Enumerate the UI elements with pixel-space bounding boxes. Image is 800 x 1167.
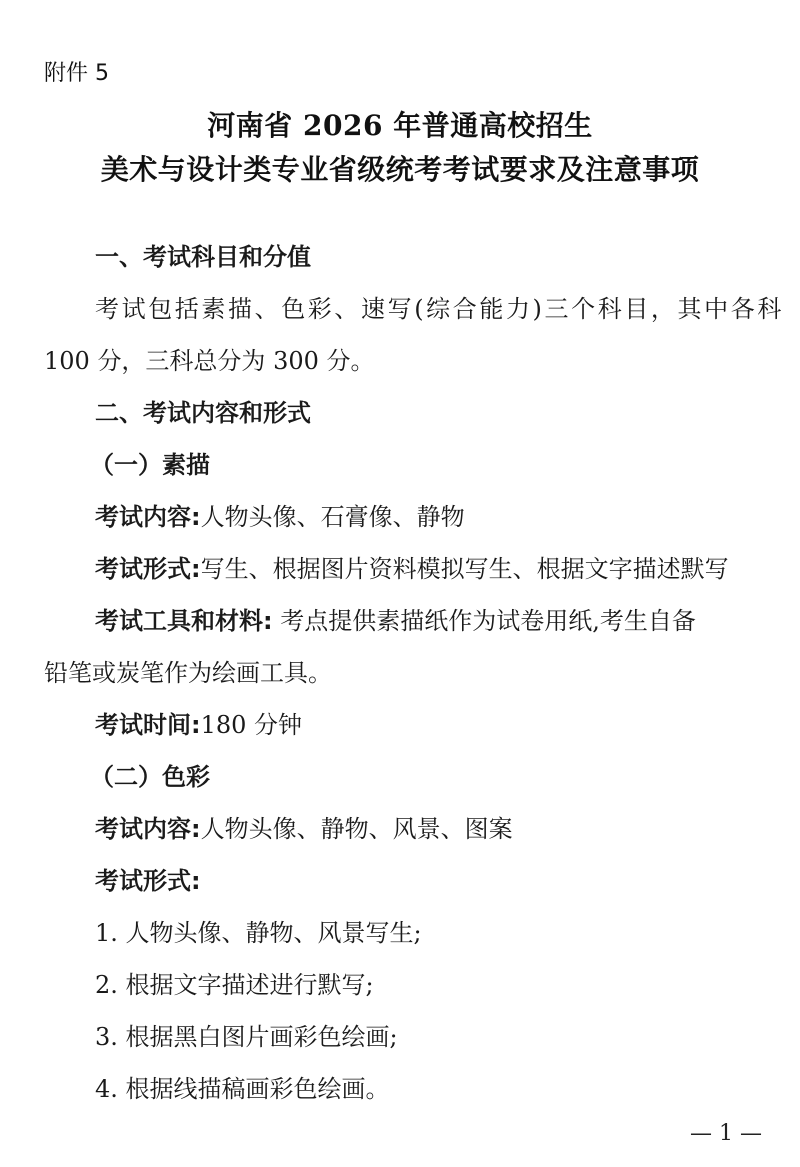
sketch-content-value: 人物头像、石膏像、静物 (201, 503, 465, 531)
color-content-value: 人物头像、静物、风景、图案 (201, 815, 513, 843)
sketch-time-value: 180 分钟 (201, 711, 302, 739)
color-content: 考试内容:人物头像、静物、风景、图案 (95, 814, 800, 844)
color-form-label: 考试形式: (95, 867, 201, 895)
section-heading-content-form: 二、考试内容和形式 (95, 398, 800, 428)
document-title-line2: 美术与设计类专业省级统考考试要求及注意事项 (0, 148, 800, 188)
sketch-content-label: 考试内容: (95, 503, 201, 531)
sketch-tools: 考试工具和材料: 考点提供素描纸作为试卷用纸,考生自备 (95, 606, 800, 636)
paragraph-subjects-line2: 100 分，三科总分为 300 分。 (44, 346, 764, 376)
document-page: 附件 5 河南省 2026 年普通高校招生 美术与设计类专业省级统考考试要求及注… (0, 0, 800, 1167)
subsection-heading-color: （二）色彩 (90, 762, 800, 792)
sketch-tools-continued: 铅笔或炭笔作为绘画工具。 (44, 658, 764, 688)
sketch-form: 考试形式:写生、根据图片资料模拟写生、根据文字描述默写 (95, 554, 800, 584)
color-form-item: 2. 根据文字描述进行默写; (95, 970, 800, 1000)
color-form-item: 4. 根据线描稿画彩色绘画。 (95, 1074, 800, 1104)
sketch-form-label: 考试形式: (95, 555, 201, 583)
attachment-label: 附件 5 (44, 56, 109, 87)
paragraph-subjects-line1: 考试包括素描、色彩、速写(综合能力)三个科目，其中各科 (95, 294, 800, 324)
section-heading-subjects: 一、考试科目和分值 (95, 242, 800, 272)
sketch-time: 考试时间:180 分钟 (95, 710, 800, 740)
sketch-time-label: 考试时间: (95, 711, 201, 739)
sketch-tools-label: 考试工具和材料: (95, 607, 273, 635)
page-number: — 1 — (690, 1121, 762, 1146)
subsection-heading-sketch: （一）素描 (90, 450, 800, 480)
color-form-item: 3. 根据黑白图片画彩色绘画; (95, 1022, 800, 1052)
sketch-form-value: 写生、根据图片资料模拟写生、根据文字描述默写 (201, 555, 729, 583)
sketch-content: 考试内容:人物头像、石膏像、静物 (95, 502, 800, 532)
document-title-line1: 河南省 2026 年普通高校招生 (0, 104, 800, 144)
sketch-tools-value: 考点提供素描纸作为试卷用纸,考生自备 (273, 607, 696, 635)
color-form-item: 1. 人物头像、静物、风景写生; (95, 918, 800, 948)
color-content-label: 考试内容: (95, 815, 201, 843)
color-form: 考试形式: (95, 866, 800, 896)
